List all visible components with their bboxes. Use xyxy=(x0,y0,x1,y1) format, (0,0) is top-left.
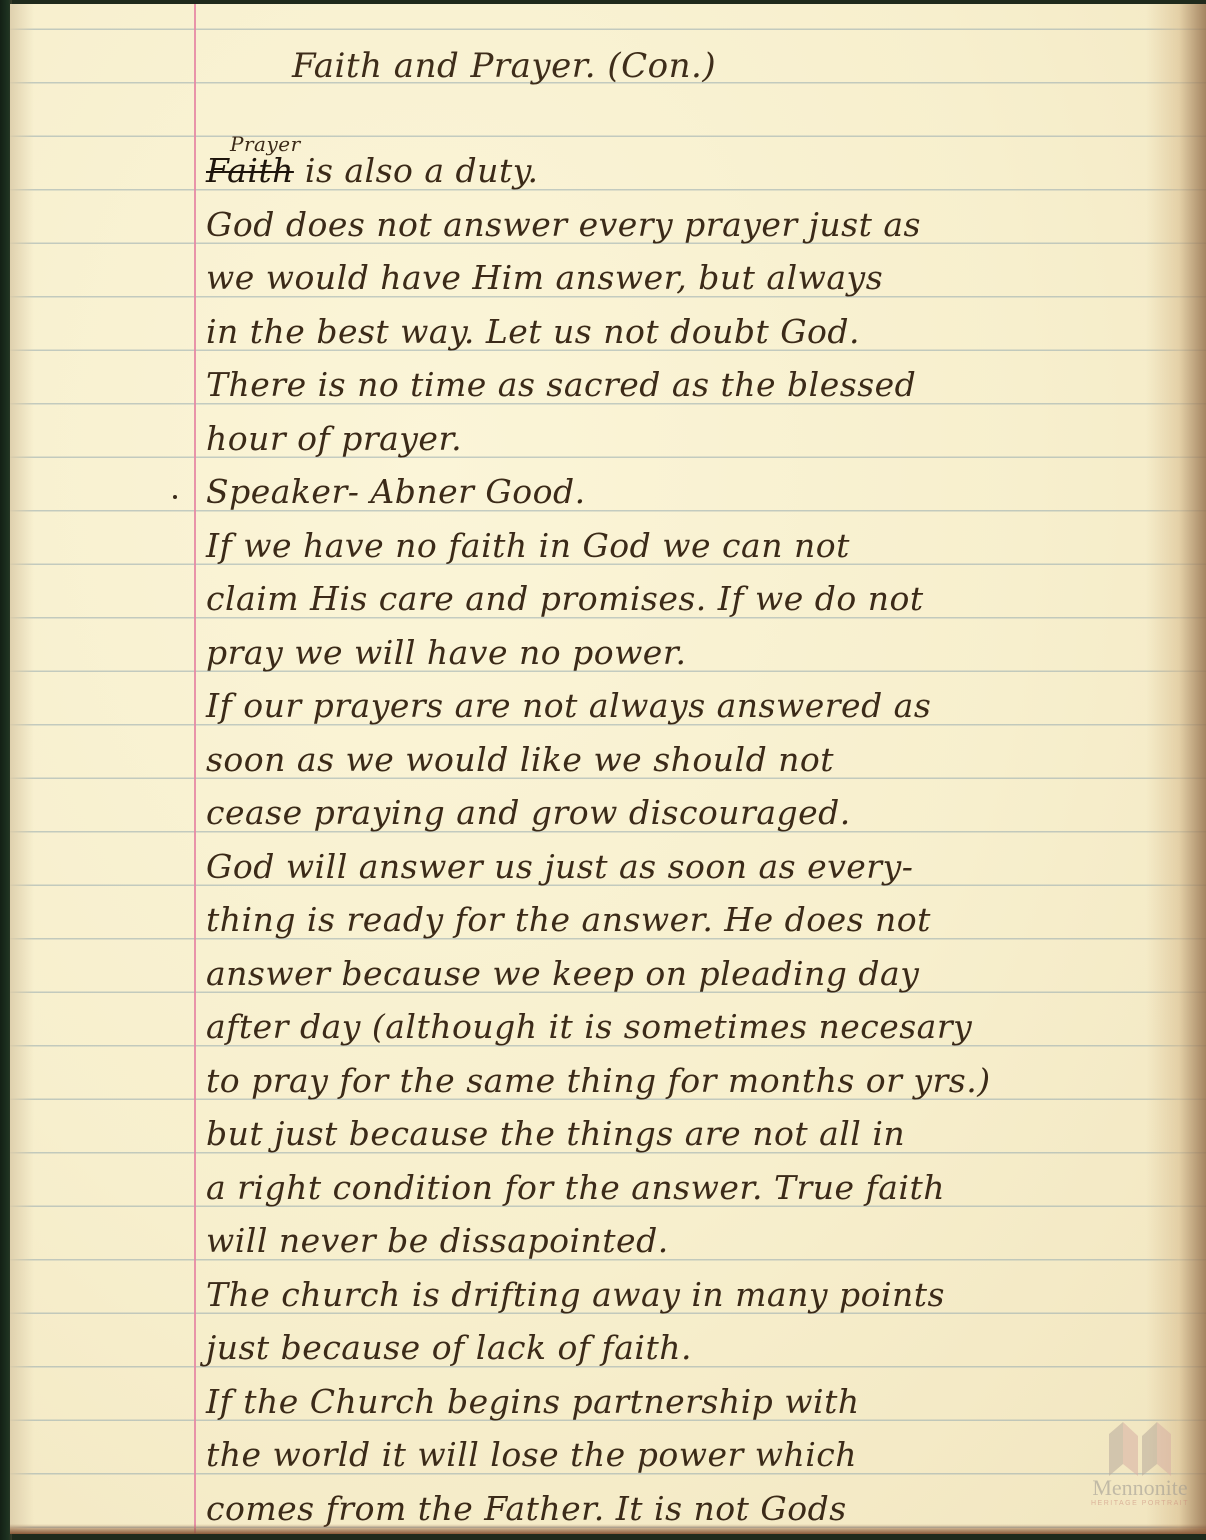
text-line: will never be dissapointed. xyxy=(206,1214,1186,1268)
text-line: God will answer us just as soon as every… xyxy=(206,840,1186,894)
text-line: If our prayers are not always answered a… xyxy=(206,679,1186,733)
text-line: claim His care and promises. If we do no… xyxy=(206,572,1186,626)
text-line: thing is ready for the answer. He does n… xyxy=(206,893,1186,947)
text-line: the world it will lose the power which xyxy=(206,1428,1186,1482)
page-title: Faith and Prayer. (Con.) xyxy=(292,46,716,86)
notebook-page: Faith and Prayer. (Con.) Prayer Faith is… xyxy=(10,4,1206,1534)
text-line: to pray for the same thing for months or… xyxy=(206,1054,1186,1108)
page-bottom-edge xyxy=(10,1524,1206,1534)
margin-dot xyxy=(173,495,177,499)
text-line: There is no time as sacred as the blesse… xyxy=(206,358,1186,412)
text-line: but just because the things are not all … xyxy=(206,1107,1186,1161)
text-line: pray we will have no power. xyxy=(206,626,1186,680)
text-line: just because of lack of faith. xyxy=(206,1321,1186,1375)
text-line: Speaker- Abner Good. xyxy=(206,465,1186,519)
watermark-name: Mennonite xyxy=(1090,1476,1190,1500)
watermark-subtitle: HERITAGE PORTRAIT xyxy=(1090,1500,1190,1507)
struck-word: Faith xyxy=(206,151,294,190)
text-line: a right condition for the answer. True f… xyxy=(206,1161,1186,1215)
text-line: we would have Him answer, but always xyxy=(206,251,1186,305)
text-line: hour of prayer. xyxy=(206,412,1186,466)
text-line: in the best way. Let us not doubt God. xyxy=(206,305,1186,359)
text-line: The church is drifting away in many poin… xyxy=(206,1268,1186,1322)
text-line: Faith is also a duty. xyxy=(206,144,1186,198)
text-line: answer because we keep on pleading day xyxy=(206,947,1186,1001)
watermark: Mennonite HERITAGE PORTRAIT xyxy=(1090,1420,1190,1530)
text-line: cease praying and grow discouraged. xyxy=(206,786,1186,840)
text-line: If the Church begins partnership with xyxy=(206,1375,1186,1429)
handwritten-text: Faith is also a duty. God does not answe… xyxy=(206,144,1186,1534)
mennonite-m-logo-icon xyxy=(1105,1420,1175,1476)
page-left-edge xyxy=(10,4,34,1534)
line-rest: is also a duty. xyxy=(294,151,539,190)
margin-line xyxy=(194,4,196,1534)
text-line: after day (although it is sometimes nece… xyxy=(206,1000,1186,1054)
text-line: soon as we would like we should not xyxy=(206,733,1186,787)
text-line: God does not answer every prayer just as xyxy=(206,198,1186,252)
text-line: If we have no faith in God we can not xyxy=(206,519,1186,573)
